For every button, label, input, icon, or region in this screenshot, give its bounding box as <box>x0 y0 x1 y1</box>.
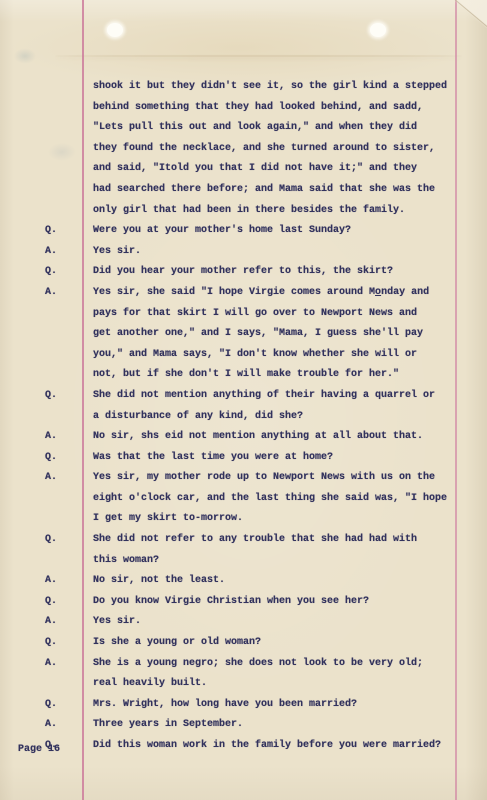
qa-label: Q. <box>45 386 93 407</box>
line-text: eight o'clock car, and the last thing sh… <box>93 489 447 510</box>
line-text: No sir, not the least. <box>93 571 225 592</box>
transcript-line: A. Yes sir. <box>0 242 487 263</box>
qa-label: A. <box>45 612 93 633</box>
qa-label <box>45 407 93 428</box>
line-text: only girl that had been in there besides… <box>93 201 405 222</box>
transcript-line: shook it but they didn't see it, so the … <box>0 77 487 98</box>
document-page: shook it but they didn't see it, so the … <box>0 0 487 800</box>
transcript-line: A. No sir, shs eid not mention anything … <box>0 427 487 448</box>
line-text: Were you at your mother's home last Sund… <box>93 221 351 242</box>
line-text: behind something that they had looked be… <box>93 98 423 119</box>
transcript-line: this woman? <box>0 551 487 572</box>
page-number: Page 16 <box>18 744 60 756</box>
line-text: Yes sir, my mother rode up to Newport Ne… <box>93 468 435 489</box>
qa-label <box>45 551 93 572</box>
transcript-line: not, but if she don't I will make troubl… <box>0 365 487 386</box>
qa-label <box>45 674 93 695</box>
qa-label: A. <box>45 283 93 304</box>
qa-label <box>45 365 93 386</box>
qa-label <box>45 98 93 119</box>
qa-label <box>45 489 93 510</box>
transcript-line: real heavily built. <box>0 674 487 695</box>
paper-crease <box>55 55 462 57</box>
transcript-line: Q. Do you know Virgie Christian when you… <box>0 592 487 613</box>
transcript-line: A. She is a young negro; she does not lo… <box>0 654 487 675</box>
qa-label: Q. <box>45 695 93 716</box>
transcript-line: A. Yes sir. <box>0 612 487 633</box>
line-text: She did not refer to any trouble that sh… <box>93 530 417 551</box>
transcript-line: A. Yes sir, she said "I hope Virgie come… <box>0 283 487 304</box>
line-text: pays for that skirt I will go over to Ne… <box>93 304 417 325</box>
transcript-line: "Lets pull this out and look again," and… <box>0 118 487 139</box>
hole-punch-left <box>107 23 123 37</box>
transcript-line: Q. She did not refer to any trouble that… <box>0 530 487 551</box>
line-text: Yes sir. <box>93 242 141 263</box>
hole-punch-right <box>370 23 386 37</box>
transcript-line: eight o'clock car, and the last thing sh… <box>0 489 487 510</box>
line-text: a disturbance of any kind, did she? <box>93 407 303 428</box>
transcript-line: and said, "Itold you that I did not have… <box>0 159 487 180</box>
qa-label: Q. <box>45 592 93 613</box>
line-text: had searched there before; and Mama said… <box>93 180 435 201</box>
line-text: She did not mention anything of their ha… <box>93 386 435 407</box>
line-text: real heavily built. <box>93 674 207 695</box>
line-text: Three years in September. <box>93 715 243 736</box>
transcript-line: get another one," and I says, "Mama, I g… <box>0 324 487 345</box>
qa-label <box>45 345 93 366</box>
qa-label: A. <box>45 427 93 448</box>
transcript: shook it but they didn't see it, so the … <box>0 77 487 757</box>
transcript-line: a disturbance of any kind, did she? <box>0 407 487 428</box>
line-text: "Lets pull this out and look again," and… <box>93 118 417 139</box>
line-text: and said, "Itold you that I did not have… <box>93 159 417 180</box>
qa-label <box>45 509 93 530</box>
qa-label: Q. <box>45 448 93 469</box>
qa-label <box>45 159 93 180</box>
transcript-line: Q. Mrs. Wright, how long have you been m… <box>0 695 487 716</box>
qa-label: A. <box>45 654 93 675</box>
transcript-line: A. Yes sir, my mother rode up to Newport… <box>0 468 487 489</box>
transcript-line: pays for that skirt I will go over to Ne… <box>0 304 487 325</box>
qa-label: A. <box>45 571 93 592</box>
line-text: Do you know Virgie Christian when you se… <box>93 592 369 613</box>
transcript-line: had searched there before; and Mama said… <box>0 180 487 201</box>
transcript-line: Q. She did not mention anything of their… <box>0 386 487 407</box>
qa-label <box>45 77 93 98</box>
qa-label <box>45 201 93 222</box>
line-text: they found the necklace, and she turned … <box>93 139 435 160</box>
line-text: Yes sir, she said "I hope Virgie comes a… <box>93 283 429 304</box>
transcript-line: Q. Did this woman work in the family bef… <box>0 736 487 757</box>
line-text: this woman? <box>93 551 159 572</box>
transcript-line: Q. Were you at your mother's home last S… <box>0 221 487 242</box>
line-text: Was that the last time you were at home? <box>93 448 333 469</box>
transcript-line: A. Three years in September. <box>0 715 487 736</box>
qa-label: A. <box>45 468 93 489</box>
line-text: shook it but they didn't see it, so the … <box>93 77 447 98</box>
transcript-line: only girl that had been in there besides… <box>0 201 487 222</box>
qa-label: Q. <box>45 530 93 551</box>
qa-label <box>45 139 93 160</box>
line-text: you," and Mama says, "I don't know wheth… <box>93 345 417 366</box>
transcript-line: you," and Mama says, "I don't know wheth… <box>0 345 487 366</box>
transcript-line: A. No sir, not the least. <box>0 571 487 592</box>
line-text: Mrs. Wright, how long have you been marr… <box>93 695 357 716</box>
transcript-line: they found the necklace, and she turned … <box>0 139 487 160</box>
transcript-line: I get my skirt to-morrow. <box>0 509 487 530</box>
line-text: Yes sir. <box>93 612 141 633</box>
qa-label <box>45 180 93 201</box>
transcript-line: behind something that they had looked be… <box>0 98 487 119</box>
line-text: No sir, shs eid not mention anything at … <box>93 427 423 448</box>
qa-label <box>45 324 93 345</box>
qa-label <box>45 118 93 139</box>
line-text: not, but if she don't I will make troubl… <box>93 365 399 386</box>
transcript-line: Q. Did you hear your mother refer to thi… <box>0 262 487 283</box>
qa-label: Q. <box>45 221 93 242</box>
transcript-line: Q. Was that the last time you were at ho… <box>0 448 487 469</box>
qa-label: Q. <box>45 262 93 283</box>
line-text: Did this woman work in the family before… <box>93 736 441 757</box>
line-text: Is she a young or old woman? <box>93 633 261 654</box>
qa-label: A. <box>45 715 93 736</box>
line-text: Did you hear your mother refer to this, … <box>93 262 393 283</box>
line-text: I get my skirt to-morrow. <box>93 509 243 530</box>
transcript-line: Q. Is she a young or old woman? <box>0 633 487 654</box>
line-text: get another one," and I says, "Mama, I g… <box>93 324 423 345</box>
qa-label <box>45 304 93 325</box>
line-text: She is a young negro; she does not look … <box>93 654 423 675</box>
qa-label: Q. <box>45 633 93 654</box>
qa-label: A. <box>45 242 93 263</box>
